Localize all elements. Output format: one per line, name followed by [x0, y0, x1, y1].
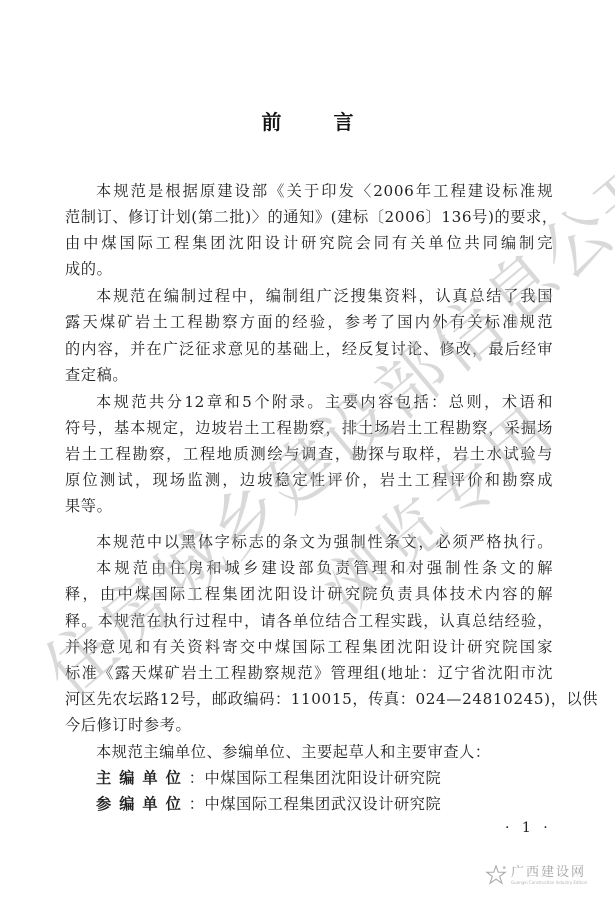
- paragraph-2-line-1: 本规范在编制过程中，编制组广泛搜集资料，认真总结了我国: [65, 283, 553, 309]
- paragraph-3-line-4: 原位测试，现场监测，边坡稳定性评价，岩土工程评价和勘察成: [65, 467, 553, 493]
- paragraph-5-line-3: 释。本规范在执行过程中，请各单位结合工程实践，认真总结经验，: [65, 608, 553, 634]
- paragraph-1-line-2: 范制订、修订计划(第二批)〉的通知》(建标〔2006〕136号)的要求，: [65, 204, 553, 230]
- paragraph-3-line-5: 果等。: [65, 493, 553, 519]
- paragraph-5-line-5: 标准《露天煤矿岩土工程勘察规范》管理组(地址：辽宁省沈阳市沈: [65, 660, 553, 686]
- paragraph-2-line-3: 的内容，并在广泛征求意见的基础上，经反复讨论、修改，最后经审: [65, 336, 553, 362]
- logo-name-en: Guangxi Construction Industry Edition: [511, 880, 587, 885]
- paragraph-5-line-2: 释，由中煤国际工程集团沈阳设计研究院负责具体技术内容的解: [65, 581, 553, 607]
- chief-unit-row: 主编单位：中煤国际工程集团沈阳设计研究院: [65, 765, 553, 791]
- chief-unit-label: 主编单位: [96, 769, 189, 787]
- paragraph-6-line-1: 本规范主编单位、参编单位、主要起草人和主要审查人：: [65, 739, 553, 765]
- chief-unit-value: ：中煤国际工程集团沈阳设计研究院: [189, 769, 442, 787]
- paragraph-3-line-3: 岩土工程勘察，工程地质测绘与调查，勘探与取样，岩土水试验与: [65, 441, 553, 467]
- paragraph-2-line-4: 查定稿。: [65, 362, 553, 388]
- document-page: 前言 本规范是根据原建设部《关于印发〈2006年工程建设标准规 范制订、修订计划…: [0, 0, 615, 898]
- paragraph-1-line-1: 本规范是根据原建设部《关于印发〈2006年工程建设标准规: [65, 178, 553, 204]
- paragraph-1-line-4: 成的。: [65, 256, 553, 282]
- preface-body: 本规范是根据原建设部《关于印发〈2006年工程建设标准规 范制订、修订计划(第二…: [65, 178, 553, 817]
- page-number: · 1 ·: [505, 820, 552, 836]
- page-title: 前言: [0, 106, 615, 135]
- paragraph-4-line-1: 本规范中以黑体字标志的条文为强制性条文，必须严格执行。: [65, 529, 553, 555]
- site-logo: 广西建设网 Guangxi Construction Industry Edit…: [485, 860, 610, 890]
- paragraph-5-line-1: 本规范由住房和城乡建设部负责管理和对强制性条文的解: [65, 555, 553, 581]
- participating-unit-label: 参编单位: [96, 795, 189, 813]
- paragraph-5-line-7: 今后修订时参考。: [65, 712, 553, 738]
- participating-unit-row: 参编单位：中煤国际工程集团武汉设计研究院: [65, 791, 553, 817]
- participating-unit-value: ：中煤国际工程集团武汉设计研究院: [189, 795, 442, 813]
- paragraph-2-line-2: 露天煤矿岩土工程勘察方面的经验，参考了国内外有关标准规范: [65, 309, 553, 335]
- logo-name-cn: 广西建设网: [511, 866, 587, 880]
- star-logo-icon: [485, 864, 507, 886]
- paragraph-3-line-1: 本规范共分12章和5个附录。主要内容包括：总则，术语和: [65, 389, 553, 415]
- paragraph-5-line-4: 并将意见和有关资料寄交中煤国际工程集团沈阳设计研究院国家: [65, 634, 553, 660]
- paragraph-5-line-6: 河区先农坛路12号，邮政编码：110015，传真：024—24810245)，以…: [65, 686, 553, 712]
- paragraph-1-line-3: 由中煤国际工程集团沈阳设计研究院会同有关单位共同编制完: [65, 230, 553, 256]
- paragraph-3-line-2: 符号，基本规定，边坡岩土工程勘察，排土场岩土工程勘察，采掘场: [65, 415, 553, 441]
